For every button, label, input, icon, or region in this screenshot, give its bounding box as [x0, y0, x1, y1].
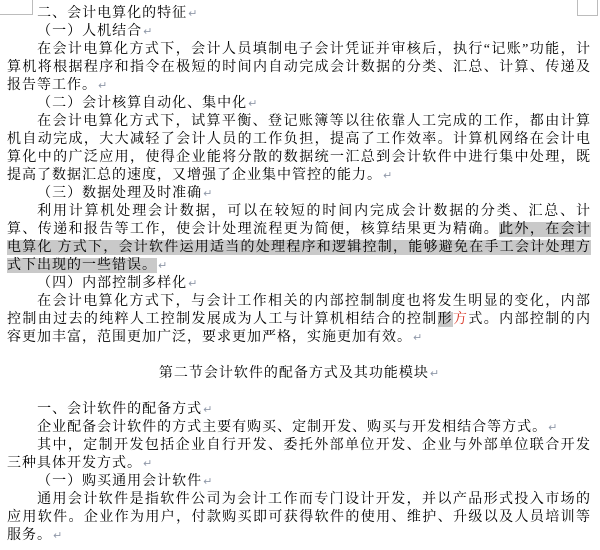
paragraph-custom-development: 其中，定制开发包括企业自行开发、委托外部单位开发、企业与外部单位联合开发三种具体… [7, 437, 591, 473]
paragraph-text: 其中，定制开发包括企业自行开发、委托外部单位开发、企业与外部单位联合开发三种具体… [7, 438, 591, 471]
heading-characteristics: 二、会计电算化的特征↵ [7, 5, 591, 23]
paragraph-mark-icon: ↵ [188, 7, 197, 20]
paragraph-data-processing-body: 利用计算机处理会计数据，可以在较短的时间内完成会计数据的分类、汇总、计算、传递和… [7, 203, 591, 275]
document-text-area[interactable]: 二、会计电算化的特征↵ （一）人机结合↵ 在会计电算化方式下，会计人员填制电子会… [7, 5, 591, 545]
paragraph-text: （一）购买通用会计软件 [37, 474, 202, 489]
section-heading-text: 第二节会计软件的配备方式及其功能模块 [159, 366, 429, 381]
paragraph-text: （二）会计核算自动化、集中化 [37, 96, 247, 111]
paragraph-text: （四）内部控制多样化 [37, 276, 187, 291]
paragraph-mark-icon: ↵ [53, 529, 62, 542]
paragraph-mark-icon: ↵ [203, 475, 212, 488]
paragraph-mark-icon: ↵ [413, 331, 422, 344]
paragraph-mark-icon: ↵ [248, 97, 257, 110]
paragraph-automation-body: 在会计电算化方式下，试算平衡、登记账簿等以往依靠人工完成的工作，都由计算机自动完… [7, 113, 591, 185]
paragraph-text: 在会计电算化方式下，试算平衡、登记账簿等以往依靠人工完成的工作，都由计算机自动完… [7, 114, 591, 183]
paragraph-text: 企业配备会计软件的方式主要有购买、定制开发、购买与开发相结合等方式。 [37, 420, 547, 435]
heading-automation: （二）会计核算自动化、集中化↵ [7, 95, 591, 113]
paragraph-mark-icon: ↵ [383, 169, 392, 182]
section-heading: 第二节会计软件的配备方式及其功能模块↵ [7, 365, 591, 383]
paragraph-text: 二、会计电算化的特征 [37, 6, 187, 21]
paragraph-text: 通用会计软件是指软件公司为会计工作而专门设计开发，并以产品形式投入市场的应用软件… [7, 492, 591, 543]
paragraph-internal-control-body: 在会计电算化方式下，与会计工作相关的内部控制制度也将发生明显的变化，内部控制由过… [7, 293, 591, 347]
paragraph-text: （三）数据处理及时准确 [37, 186, 202, 201]
paragraph-general-software-body: 通用会计软件是指软件公司为会计工作而专门设计开发，并以产品形式投入市场的应用软件… [7, 491, 591, 545]
paragraph-mark-icon: ↵ [143, 25, 152, 38]
heading-human-machine: （一）人机结合↵ [7, 23, 591, 41]
heading-internal-control: （四）内部控制多样化↵ [7, 275, 591, 293]
paragraph-text: 一、会计软件的配备方式 [37, 402, 202, 417]
paragraph-mark-icon: ↵ [143, 457, 152, 470]
paragraph-mark-icon: ↵ [98, 79, 107, 92]
paragraph-mark-icon: ↵ [188, 277, 197, 290]
paragraph-mark-icon: ↵ [430, 367, 439, 380]
heading-purchase-software: （一）购买通用会计软件↵ [7, 473, 591, 491]
paragraph-text: （一）人机结合 [37, 24, 142, 39]
red-character: 方 [453, 312, 468, 327]
paragraph-mark-icon: ↵ [203, 187, 212, 200]
highlighted-character: 形 [438, 312, 453, 327]
paragraph-mark-icon: ↵ [548, 421, 557, 434]
heading-software-configuration: 一、会计软件的配备方式↵ [7, 401, 591, 419]
document-page[interactable]: 二、会计电算化的特征↵ （一）人机结合↵ 在会计电算化方式下，会计人员填制电子会… [0, 0, 600, 550]
paragraph-configuration-methods: 企业配备会计软件的方式主要有购买、定制开发、购买与开发相结合等方式。↵ [7, 419, 591, 437]
paragraph-mark-icon: ↵ [158, 259, 167, 272]
paragraph-human-machine-body: 在会计电算化方式下，会计人员填制电子会计凭证并审核后，执行“记账”功能，计算机将… [7, 41, 591, 95]
paragraph-text: 在会计电算化方式下，会计人员填制电子会计凭证并审核后，执行“记账”功能，计算机将… [7, 42, 591, 93]
paragraph-mark-icon: ↵ [203, 403, 212, 416]
heading-data-processing: （三）数据处理及时准确↵ [7, 185, 591, 203]
